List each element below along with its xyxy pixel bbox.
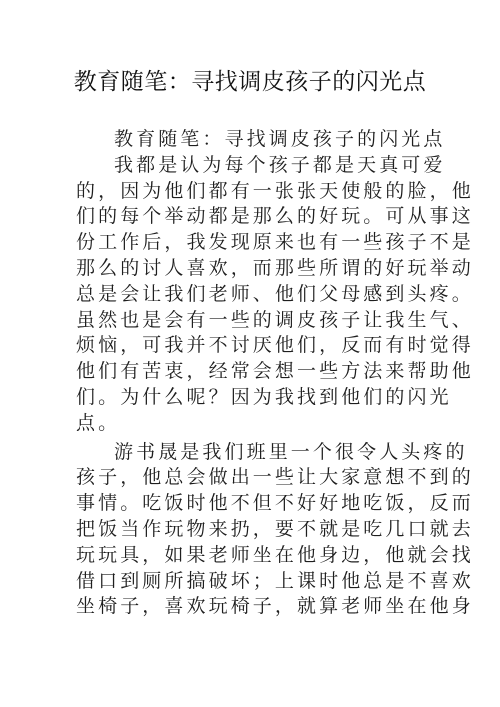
paragraph-subtitle: 教育随笔：寻找调皮孩子的闪光点: [76, 127, 410, 153]
document-body: 教育随笔：寻找调皮孩子的闪光点 我都是认为每个孩子都是天真可爱 的，因为他们都有…: [76, 127, 410, 620]
text-line: 们。为什么呢？因为我找到他们的闪光: [76, 385, 410, 411]
paragraph-1: 我都是认为每个孩子都是天真可爱 的，因为他们都有一张张天使般的脸，他 们的每个举…: [76, 153, 410, 437]
text-line: 份工作后，我发现原来也有一些孩子不是: [76, 230, 410, 256]
text-line: 们的每个举动都是那么的好玩。可从事这: [76, 204, 410, 230]
text-line: 他们有苦衷，经常会想一些方法来帮助他: [76, 359, 410, 385]
text-line: 我都是认为每个孩子都是天真可爱: [76, 153, 410, 179]
text-line: 把饭当作玩物来扔，要不就是吃几口就去: [76, 517, 410, 543]
text-line: 借口到厕所搞破坏；上课时他总是不喜欢: [76, 569, 410, 595]
text-line: 那么的讨人喜欢，而那些所谓的好玩举动: [76, 256, 410, 282]
document-page: 教育随笔：寻找调皮孩子的闪光点 教育随笔：寻找调皮孩子的闪光点 我都是认为每个孩…: [0, 0, 500, 707]
text-line: 总是会让我们老师、他们父母感到头疼。: [76, 282, 410, 308]
text-line: 教育随笔：寻找调皮孩子的闪光点: [76, 127, 410, 153]
text-line: 烦恼，可我并不讨厌他们，反而有时觉得: [76, 333, 410, 359]
document-title: 教育随笔：寻找调皮孩子的闪光点: [0, 66, 500, 98]
text-line: 游书晟是我们班里一个很令人头疼的: [76, 440, 410, 466]
text-line: 虽然也是会有一些的调皮孩子让我生气、: [76, 308, 410, 334]
text-line: 孩子，他总会做出一些让大家意想不到的: [76, 465, 410, 491]
paragraph-2: 游书晟是我们班里一个很令人头疼的 孩子，他总会做出一些让大家意想不到的 事情。吃…: [76, 440, 410, 621]
text-line: 点。: [76, 411, 410, 437]
text-line: 事情。吃饭时他不但不好好地吃饭，反而: [76, 491, 410, 517]
text-line: 坐椅子，喜欢玩椅子，就算老师坐在他身: [76, 594, 410, 620]
text-line: 的，因为他们都有一张张天使般的脸，他: [76, 179, 410, 205]
text-line: 玩玩具，如果老师坐在他身边，他就会找: [76, 543, 410, 569]
